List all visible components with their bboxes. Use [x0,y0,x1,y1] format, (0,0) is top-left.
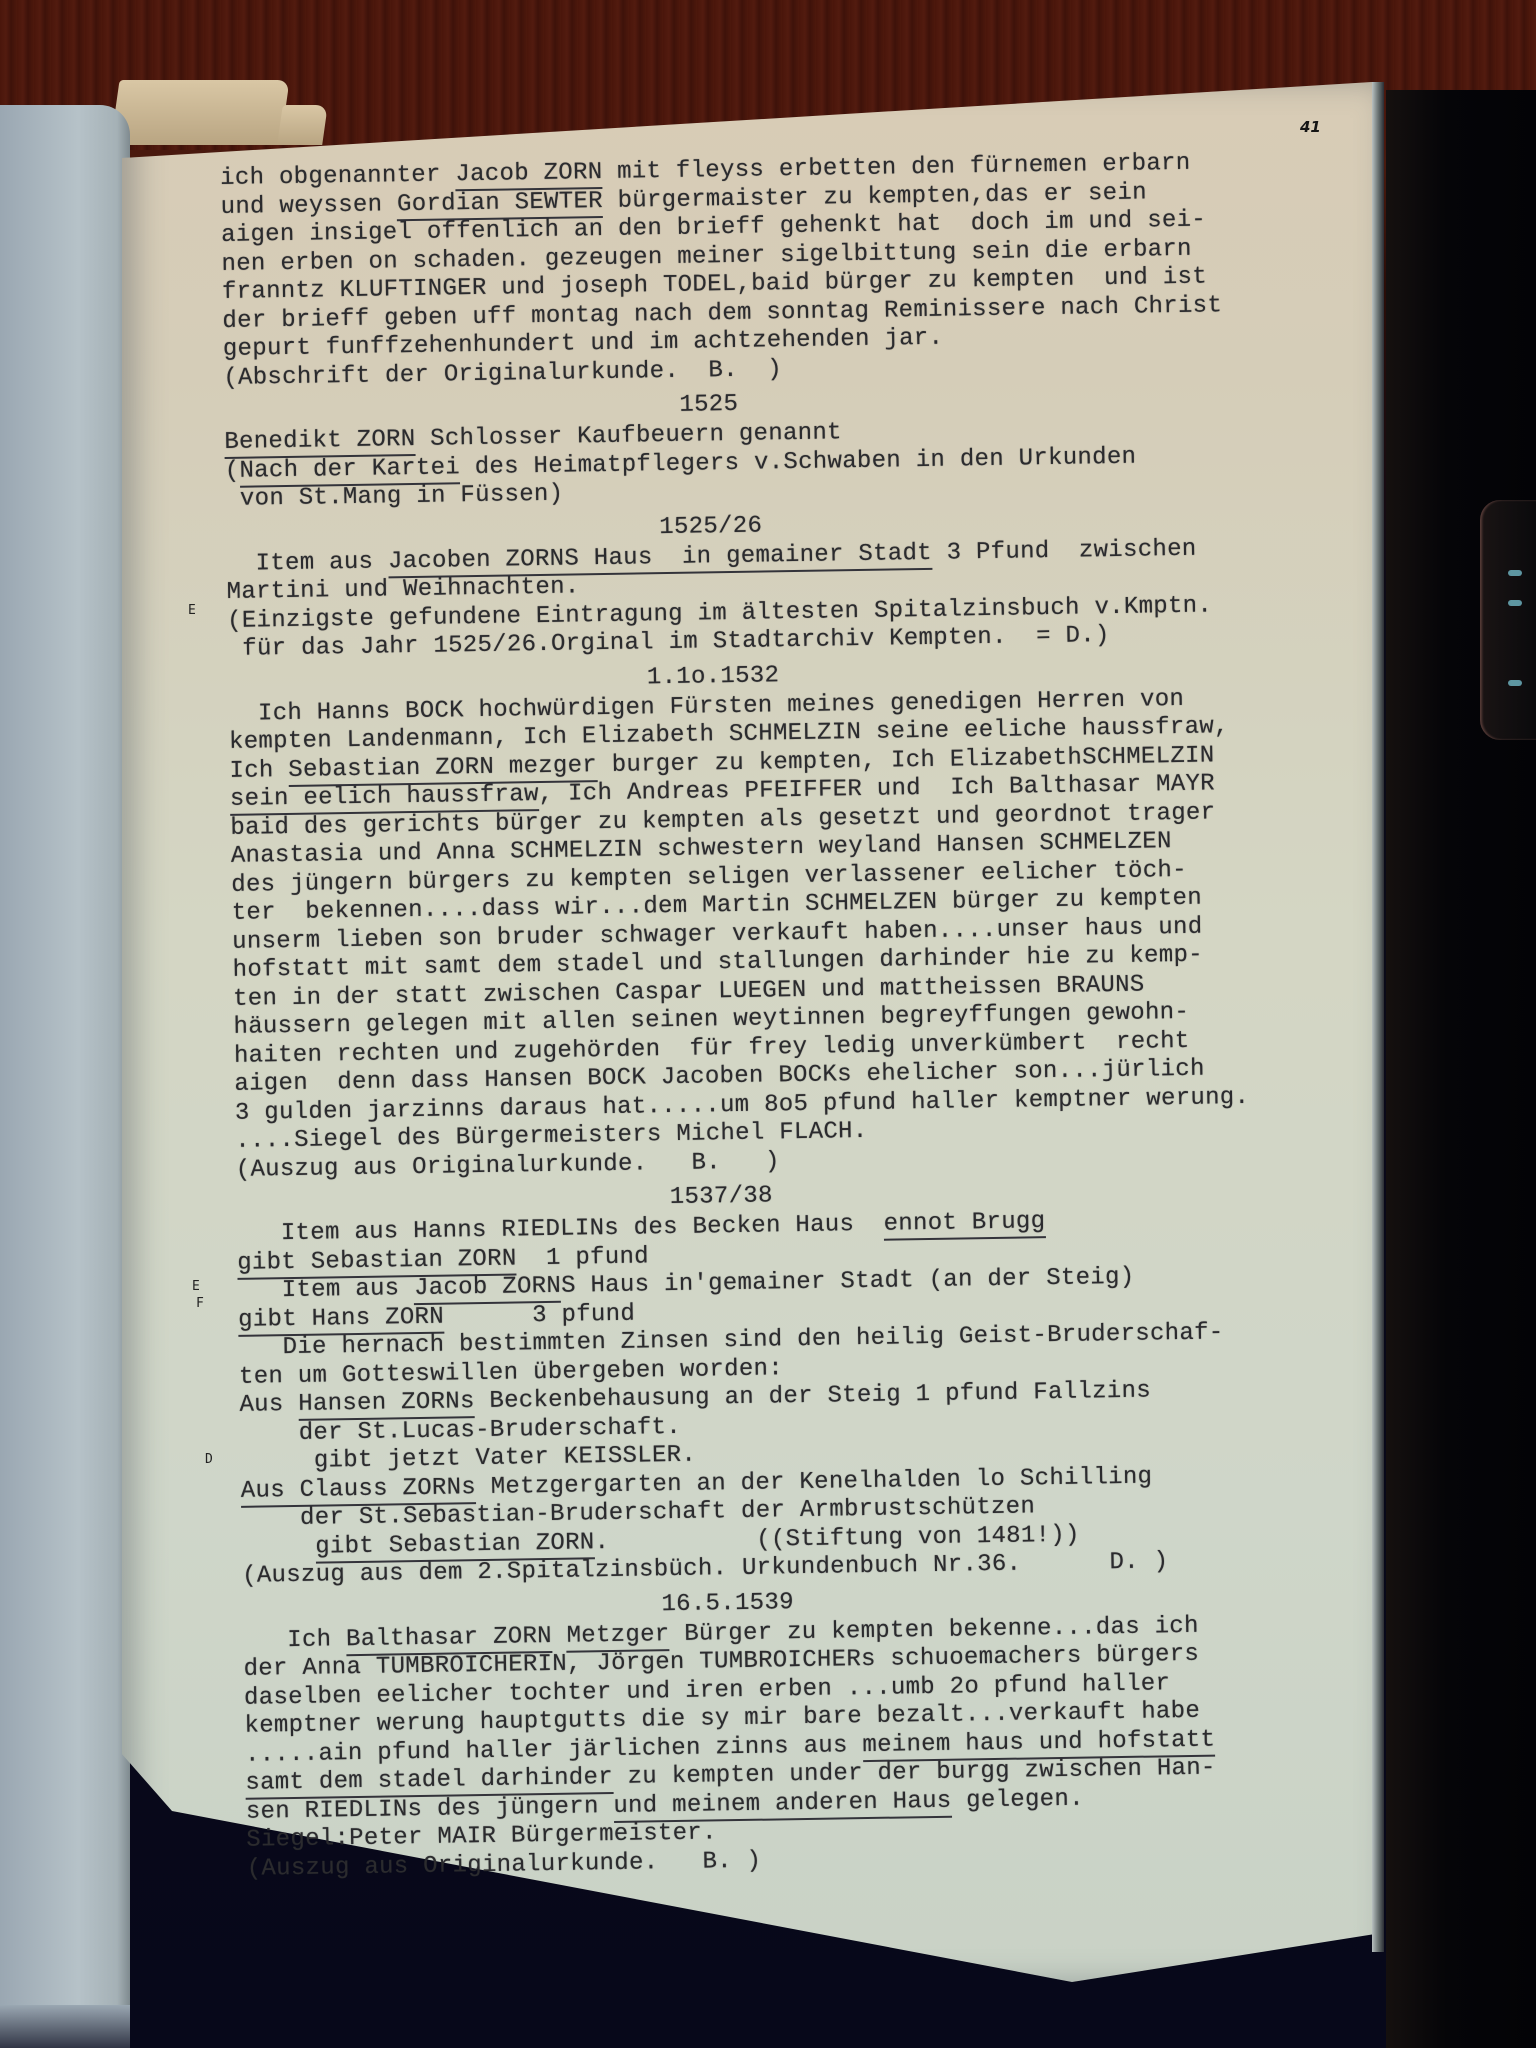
left-page [0,105,130,2005]
binder-clip [1480,500,1536,740]
dark-background [1386,90,1536,2048]
section-1525-26: 1525/26 Item aus Jacoben ZORNS Haus in g… [225,497,1357,665]
bookmark-tab [110,80,289,145]
margin-mark: F [196,1296,204,1311]
section-1525: 1525Benedikt ZORN Schlosser Kaufbeuern g… [224,375,1356,514]
section-1537-38: 1537/38 Item aus Hanns RIEDLINs des Beck… [236,1167,1372,1591]
section-intro: ich obgenannter Jacob ZORN mit fleyss er… [220,147,1353,393]
section-1-10-1532: 1.1o.1532 Ich Hanns BOCK hochwürdigen Fü… [228,647,1366,1185]
section-16-5-1539: 16.5.1539 Ich Balthasar ZORN Metzger Bür… [242,1574,1376,1884]
margin-mark: D [205,1452,213,1467]
page-number: 41 [1300,118,1321,136]
typewritten-text: ich obgenannter Jacob ZORN mit fleyss er… [220,147,1377,1884]
margin-mark: E [192,1279,200,1294]
bookmark-tab [277,105,328,145]
margin-mark: E [188,603,196,618]
